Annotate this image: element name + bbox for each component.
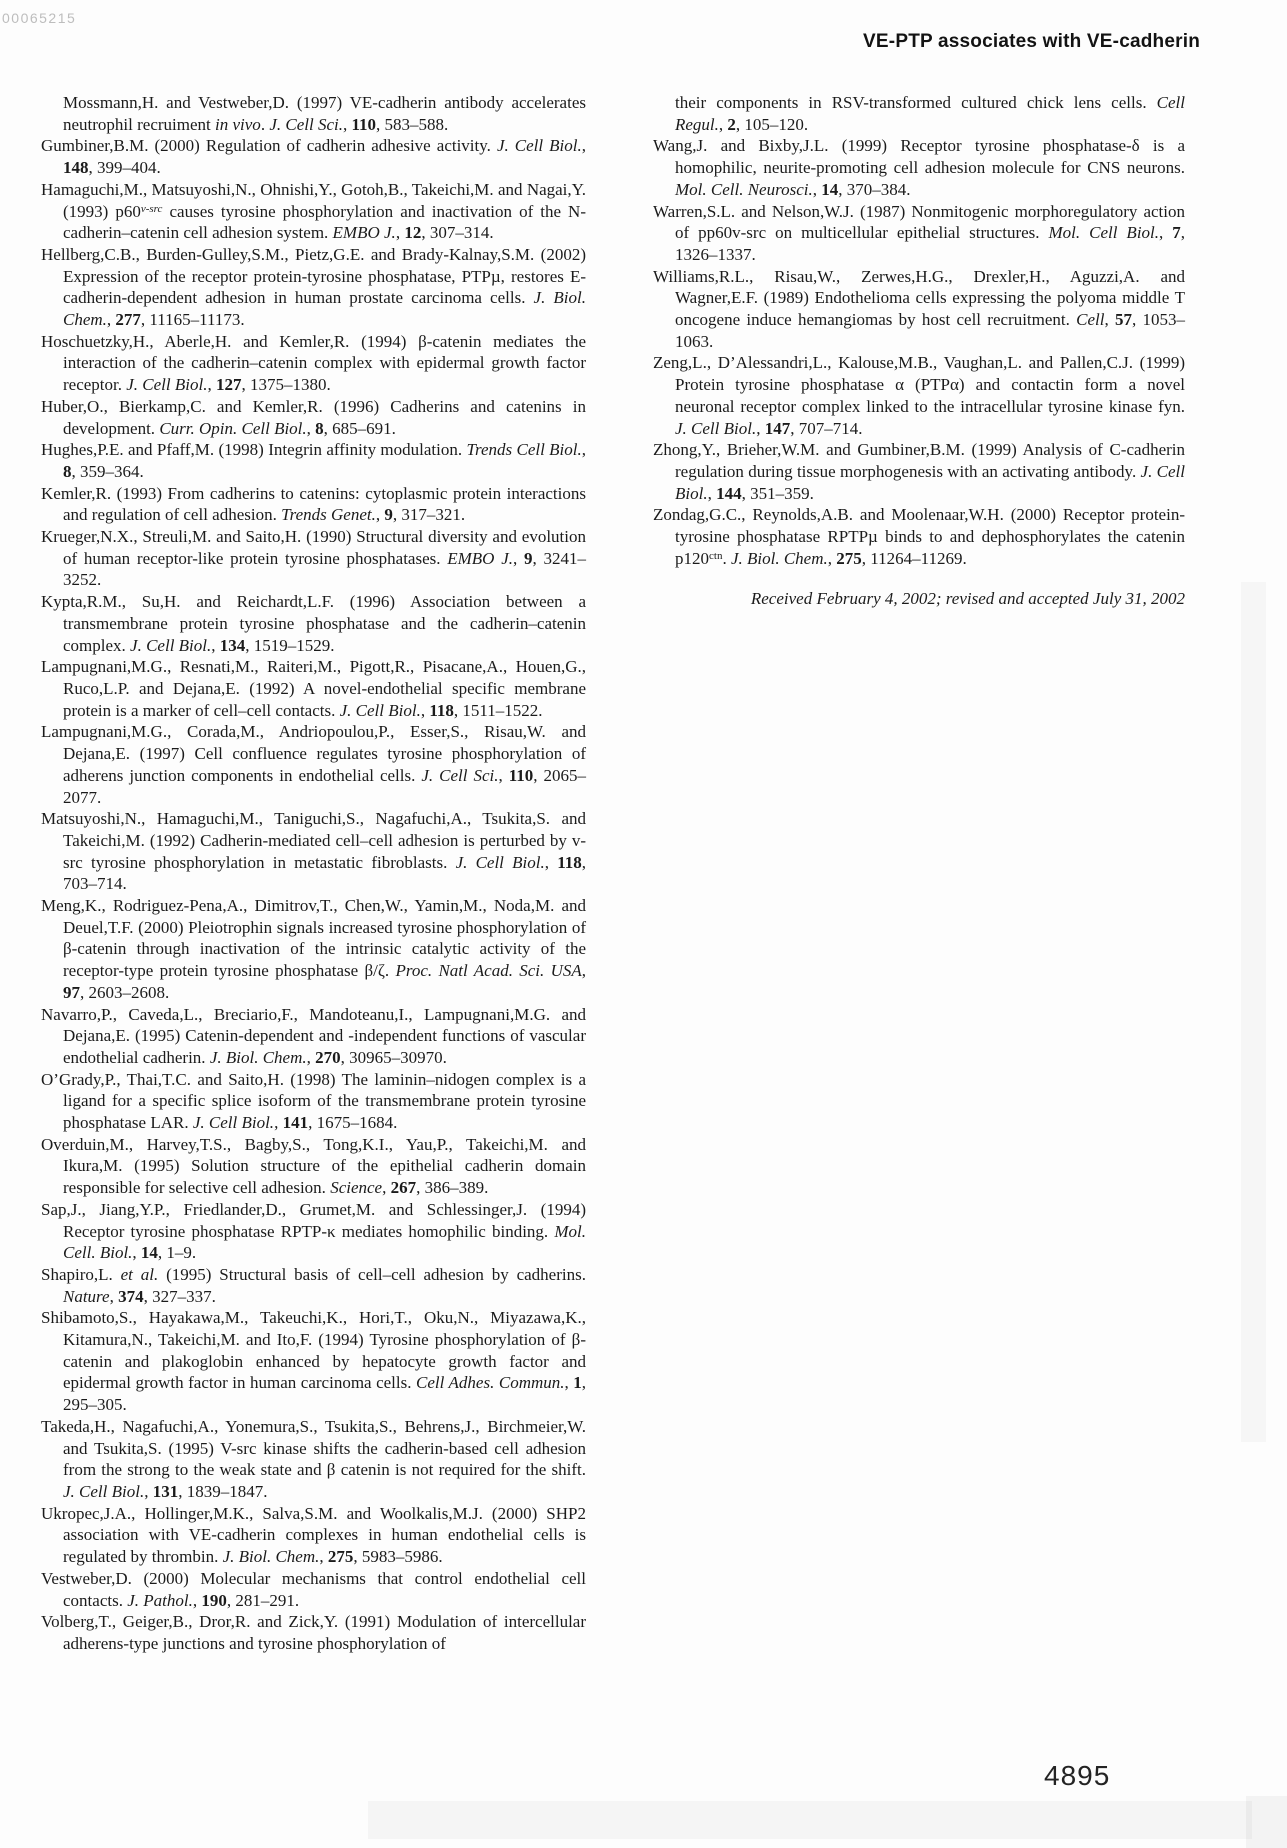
reference-text-segment: J. Cell Biol. [675,419,756,438]
reference-entry: Hoschuetzky,H., Aberle,H. and Kemler,R. … [41,331,586,396]
reference-text-segment: 270 [315,1048,341,1067]
reference-text-segment: Nature [63,1287,110,1306]
reference-text-segment: 275 [328,1547,354,1566]
reference-text-segment: J. Biol. Chem. [731,549,828,568]
reference-entry: Hamaguchi,M., Matsuyoshi,N., Ohnishi,Y.,… [41,179,586,244]
reference-text-segment: J. Biol. Chem. [223,1547,320,1566]
reference-text-segment: (1995) Structural basis of cell–cell adh… [158,1265,586,1284]
reference-text-segment: 141 [283,1113,309,1132]
reference-entry: Matsuyoshi,N., Hamaguchi,M., Taniguchi,S… [41,808,586,895]
reference-text-segment: , 685–691. [324,419,396,438]
reference-text-segment: Volberg,T., Geiger,B., Dror,R. and Zick,… [41,1612,586,1653]
reference-text-segment: 134 [220,636,246,655]
reference-text-segment: , 351–359. [742,484,814,503]
reference-entry: Meng,K., Rodriguez-Pena,A., Dimitrov,T.,… [41,895,586,1004]
reference-text-segment: Cell Adhes. Commun. [416,1373,564,1392]
reference-entry: Ukropec,J.A., Hollinger,M.K., Salva,S.M.… [41,1503,586,1568]
reference-text-segment: , 1–9. [158,1243,196,1262]
reference-entry: Shapiro,L. et al. (1995) Structural basi… [41,1264,586,1307]
reference-text-segment: , 1375–1380. [241,375,330,394]
reference-text-segment: , [1159,223,1172,242]
reference-text-segment: , 359–364. [72,462,144,481]
reference-text-segment: J. Biol. Chem. [210,1048,307,1067]
reference-text-segment: J. Cell Biol. [63,1482,144,1501]
reference-text-segment: Gumbiner,B.M. (2000) Regulation of cadhe… [41,136,497,155]
reference-text-segment: 12 [404,223,421,242]
reference-text-segment: , 281–291. [227,1591,299,1610]
reference-entry: Navarro,P., Caveda,L., Breciario,F., Man… [41,1004,586,1069]
reference-text-segment: , 2603–2608. [80,983,169,1002]
reference-text-segment: , 105–120. [736,115,808,134]
reference-text-segment: J. Cell Sci. [269,115,343,134]
reference-entry: Krueger,N.X., Streuli,M. and Saito,H. (1… [41,526,586,591]
reference-entry: Overduin,M., Harvey,T.S., Bagby,S., Tong… [41,1134,586,1199]
journal-page: 00065215 VE-PTP associates with VE-cadhe… [0,0,1287,1848]
reference-entry: Lampugnani,M.G., Resnati,M., Raiteri,M.,… [41,656,586,721]
reference-text-segment: , [132,1243,141,1262]
reference-text-segment: 144 [716,484,742,503]
reference-text-segment: , 583–588. [376,115,448,134]
scan-number: 00065215 [2,10,76,26]
reference-text-segment: J. Pathol. [127,1591,193,1610]
reference-text-segment: 127 [216,375,242,394]
reference-entry: Kypta,R.M., Su,H. and Reichardt,L.F. (19… [41,591,586,656]
reference-entry: O’Grady,P., Thai,T.C. and Saito,H. (1998… [41,1069,586,1134]
reference-text-segment: Vestweber,D. (2000) Molecular mechanisms… [41,1569,586,1610]
reference-text-segment: , [144,1482,153,1501]
reference-text-segment: J. Cell Biol. [497,136,582,155]
reference-text-segment: , [813,180,822,199]
reference-text-segment: , [319,1547,328,1566]
reference-text-segment: , 11264–11269. [862,549,967,568]
reference-text-segment: , [828,549,837,568]
reference-text-segment: , [211,636,220,655]
reference-text-segment: 148 [63,158,89,177]
reference-text-segment: J. Cell Biol. [130,636,211,655]
reference-text-segment: , 1511–1522. [454,701,543,720]
reference-entry: Zondag,G.C., Reynolds,A.B. and Moolenaar… [653,504,1185,569]
reference-entry: Warren,S.L. and Nelson,W.J. (1987) Nonmi… [653,201,1185,266]
reference-entry: Zhong,Y., Brieher,W.M. and Gumbiner,B.M.… [653,439,1185,504]
reference-text-segment: 190 [201,1591,227,1610]
reference-text-segment: 131 [153,1482,179,1501]
reference-text-segment: 110 [509,766,534,785]
reference-text-segment: , 30965–30970. [341,1048,447,1067]
reference-text-segment: 7 [1172,223,1181,242]
reference-text-segment: 277 [115,310,141,329]
reference-text-segment: Zeng,L., D’Alessandri,L., Kalouse,M.B., … [653,353,1185,415]
reference-text-segment: Trends Cell Biol. [466,440,581,459]
reference-text-segment: EMBO J. [333,223,396,242]
reference-text-segment: in vivo [215,115,261,134]
reference-entry: Zeng,L., D’Alessandri,L., Kalouse,M.B., … [653,352,1185,439]
reference-text-segment: J. Cell Sci. [421,766,498,785]
reference-text-segment: 118 [557,853,582,872]
reference-text-segment: 57 [1115,310,1132,329]
page-number: 4895 [1044,1760,1110,1792]
reference-entry: Volberg,T., Geiger,B., Dror,R. and Zick,… [41,1611,586,1654]
reference-text-segment: Sap,J., Jiang,Y.P., Friedlander,D., Grum… [41,1200,586,1241]
received-note: Received February 4, 2002; revised and a… [653,588,1185,610]
reference-text-segment: , 1675–1684. [308,1113,397,1132]
reference-text-segment: Mol. Cell Biol. [1049,223,1160,242]
reference-text-segment: 267 [391,1178,417,1197]
reference-text-segment: , 399–404. [89,158,161,177]
reference-text-segment: Takeda,H., Nagafuchi,A., Yonemura,S., Ts… [41,1417,586,1479]
reference-text-segment: Zhong,Y., Brieher,W.M. and Gumbiner,B.M.… [653,440,1185,481]
reference-entry: Mossmann,H. and Vestweber,D. (1997) VE-c… [41,92,586,135]
reference-entry: Takeda,H., Nagafuchi,A., Yonemura,S., Ts… [41,1416,586,1503]
reference-text-segment: J. Cell Biol. [456,853,545,872]
reference-text-segment: 9 [384,505,393,524]
reference-entry: Wang,J. and Bixby,J.L. (1999) Receptor t… [653,135,1185,200]
reference-text-segment: , 327–337. [144,1287,216,1306]
reference-text-segment: . [722,549,731,568]
reference-entry: Williams,R.L., Risau,W., Zerwes,H.G., Dr… [653,266,1185,353]
reference-text-segment: , 707–714. [790,419,862,438]
reference-entry: Hughes,P.E. and Pfaff,M. (1998) Integrin… [41,439,586,482]
reference-text-segment: 2 [727,115,736,134]
reference-entry: Vestweber,D. (2000) Molecular mechanisms… [41,1568,586,1611]
reference-text-segment: , [708,484,717,503]
reference-text-segment: 110 [351,115,376,134]
reference-text-segment: et al. [121,1265,159,1284]
reference-text-segment: , [382,1178,391,1197]
reference-text-segment: , [274,1113,283,1132]
references-column-right: their components in RSV-transformed cult… [653,92,1185,610]
reference-entry: Gumbiner,B.M. (2000) Regulation of cadhe… [41,135,586,178]
reference-text-segment: , [110,1287,119,1306]
reference-text-segment: ctn [709,550,722,562]
reference-text-segment: v-src [141,203,163,215]
reference-text-segment: Science [330,1178,382,1197]
reference-entry: Lampugnani,M.G., Corada,M., Andriopoulou… [41,721,586,808]
reference-text-segment: 147 [765,419,791,438]
reference-text-segment: 374 [118,1287,144,1306]
reference-text-segment: J. Cell Biol. [340,701,421,720]
reference-text-segment: 9 [524,549,533,568]
reference-text-segment: , 1519–1529. [245,636,334,655]
reference-text-segment: , 5983–5986. [353,1547,442,1566]
reference-text-segment: , [307,1048,316,1067]
scan-artifact [1241,582,1266,1442]
reference-text-segment: , [582,440,586,459]
reference-text-segment: 118 [429,701,454,720]
reference-entry: Hellberg,C.B., Burden-Gulley,S.M., Pietz… [41,244,586,331]
reference-text-segment: 14 [821,180,838,199]
reference-text-segment: , 317–321. [393,505,465,524]
reference-text-segment: , [582,961,586,980]
reference-text-segment: , 1839–1847. [178,1482,267,1501]
reference-text-segment: Proc. Natl Acad. Sci. USA [396,961,582,980]
reference-entry: their components in RSV-transformed cult… [653,92,1185,135]
reference-text-segment: , [307,419,316,438]
reference-text-segment: , [513,549,524,568]
reference-entry: Huber,O., Bierkamp,C. and Kemler,R. (199… [41,396,586,439]
reference-text-segment: , [498,766,508,785]
reference-text-segment: , [565,1373,574,1392]
reference-text-segment: , [545,853,557,872]
reference-text-segment: EMBO J. [447,549,513,568]
reference-text-segment: Wang,J. and Bixby,J.L. (1999) Receptor t… [653,136,1185,177]
reference-text-segment: 1 [573,1373,582,1392]
reference-text-segment: 14 [141,1243,158,1262]
reference-entry: Kemler,R. (1993) From cadherins to caten… [41,483,586,526]
reference-text-segment: 275 [836,549,862,568]
reference-text-segment: Hughes,P.E. and Pfaff,M. (1998) Integrin… [41,440,466,459]
reference-text-segment: Mol. Cell. Neurosci. [675,180,813,199]
reference-text-segment: their components in RSV-transformed cult… [675,93,1157,112]
reference-text-segment: Trends Genet. [281,505,376,524]
scan-artifact [1246,1796,1287,1848]
reference-text-segment: J. Cell Biol. [126,375,207,394]
reference-text-segment: 97 [63,983,80,1002]
reference-text-segment: , 370–384. [838,180,910,199]
reference-text-segment: Cell [1076,310,1104,329]
reference-text-segment: Hellberg,C.B., Burden-Gulley,S.M., Pietz… [41,245,586,307]
reference-text-segment: J. Cell Biol. [193,1113,274,1132]
reference-text-segment: 8 [315,419,324,438]
reference-text-segment: Curr. Opin. Cell Biol. [159,419,306,438]
reference-text-segment: , [207,375,216,394]
reference-text-segment: , 307–314. [421,223,493,242]
reference-text-segment: , [582,136,586,155]
reference-text-segment: , [756,419,765,438]
reference-text-segment: Shapiro,L. [41,1265,121,1284]
reference-text-segment: , [1104,310,1115,329]
reference-text-segment: , 386–389. [416,1178,488,1197]
reference-entry: Sap,J., Jiang,Y.P., Friedlander,D., Grum… [41,1199,586,1264]
reference-text-segment: Overduin,M., Harvey,T.S., Bagby,S., Tong… [41,1135,586,1197]
references-column-left: Mossmann,H. and Vestweber,D. (1997) VE-c… [41,92,586,1655]
reference-text-segment: , 11165–11173. [141,310,245,329]
reference-entry: Shibamoto,S., Hayakawa,M., Takeuchi,K., … [41,1307,586,1416]
scan-artifact [368,1801,1252,1839]
running-title: VE-PTP associates with VE-cadherin [863,31,1200,53]
reference-text-segment: 8 [63,462,72,481]
